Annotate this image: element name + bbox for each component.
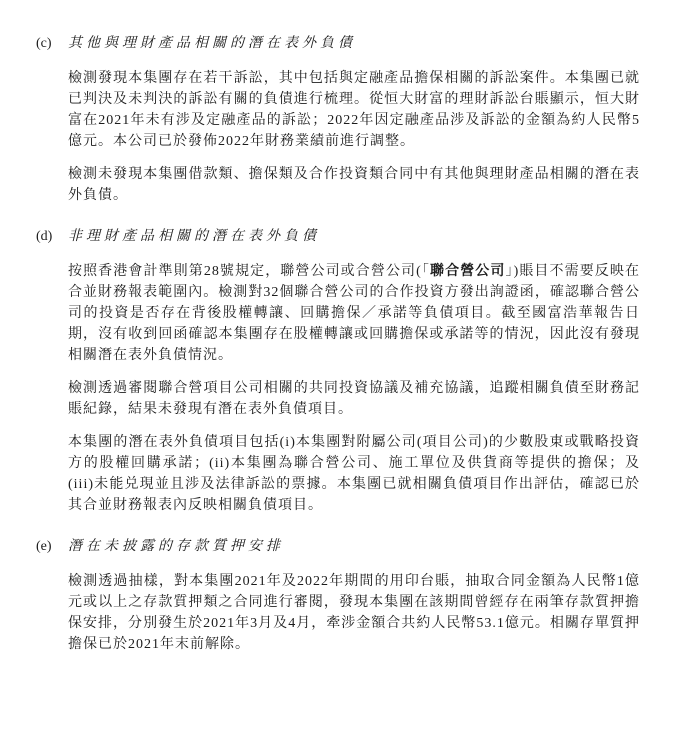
section-d-body: 非理財產品相關的潛在表外負債 按照香港會計準則第28號規定，聯營公司或合營公司(…	[68, 226, 640, 516]
section-e: (e) 潛在未披露的存款質押安排 檢測透過抽樣，對本集團2021年及2022年期…	[36, 536, 640, 655]
body-text: 本集團的潛在表外負債項目包括(i)本集團對附屬公司(項目公司)的少數股東或戰略投…	[68, 435, 640, 513]
body-text: 檢測未發現本集團借款類、擔保類及合作投資類合同中有其他與理財產品相關的潛在表外負…	[68, 167, 640, 203]
section-e-body: 潛在未披露的存款質押安排 檢測透過抽樣，對本集團2021年及2022年期間的用印…	[68, 536, 640, 655]
paragraph: 檢測透過抽樣，對本集團2021年及2022年期間的用印台賬，抽取合同金額為人民幣…	[68, 571, 640, 655]
section-c-title: 其他與理財產品相關的潛在表外負債	[68, 33, 640, 54]
section-d-title: 非理財產品相關的潛在表外負債	[68, 226, 640, 247]
section-d-paragraphs: 按照香港會計準則第28號規定，聯營公司或合營公司(「聯合營公司」)賬目不需要反映…	[68, 261, 640, 516]
body-text: 檢測透過審閱聯合營項目公司相關的共同投資協議及補充協議，追蹤相關負債至財務記賬紀…	[68, 381, 640, 417]
bold-text: 聯合營公司	[430, 264, 505, 279]
section-c-paragraphs: 檢測發現本集團存在若干訴訟，其中包括與定融產品擔保相關的訴訟案件。本集團已就已判…	[68, 68, 640, 206]
section-c-label: (c)	[36, 33, 68, 206]
paragraph: 檢測未發現本集團借款類、擔保類及合作投資類合同中有其他與理財產品相關的潛在表外負…	[68, 164, 640, 206]
section-d: (d) 非理財產品相關的潛在表外負債 按照香港會計準則第28號規定，聯營公司或合…	[36, 226, 640, 516]
section-e-paragraphs: 檢測透過抽樣，對本集團2021年及2022年期間的用印台賬，抽取合同金額為人民幣…	[68, 571, 640, 655]
section-d-label: (d)	[36, 226, 68, 516]
paragraph: 檢測發現本集團存在若干訴訟，其中包括與定融產品擔保相關的訴訟案件。本集團已就已判…	[68, 68, 640, 152]
paragraph: 檢測透過審閱聯合營項目公司相關的共同投資協議及補充協議，追蹤相關負債至財務記賬紀…	[68, 378, 640, 420]
paragraph: 本集團的潛在表外負債項目包括(i)本集團對附屬公司(項目公司)的少數股東或戰略投…	[68, 432, 640, 516]
body-text: 檢測透過抽樣，對本集團2021年及2022年期間的用印台賬，抽取合同金額為人民幣…	[68, 574, 640, 652]
section-e-label: (e)	[36, 536, 68, 655]
document-page: (c) 其他與理財產品相關的潛在表外負債 檢測發現本集團存在若干訴訟，其中包括與…	[0, 0, 677, 740]
body-text: 檢測發現本集團存在若干訴訟，其中包括與定融產品擔保相關的訴訟案件。本集團已就已判…	[68, 71, 640, 149]
section-c-body: 其他與理財產品相關的潛在表外負債 檢測發現本集團存在若干訴訟，其中包括與定融產品…	[68, 33, 640, 206]
body-text: 按照香港會計準則第28號規定，聯營公司或合營公司(「	[68, 264, 430, 279]
section-e-title: 潛在未披露的存款質押安排	[68, 536, 640, 557]
section-c: (c) 其他與理財產品相關的潛在表外負債 檢測發現本集團存在若干訴訟，其中包括與…	[36, 33, 640, 206]
paragraph: 按照香港會計準則第28號規定，聯營公司或合營公司(「聯合營公司」)賬目不需要反映…	[68, 261, 640, 366]
